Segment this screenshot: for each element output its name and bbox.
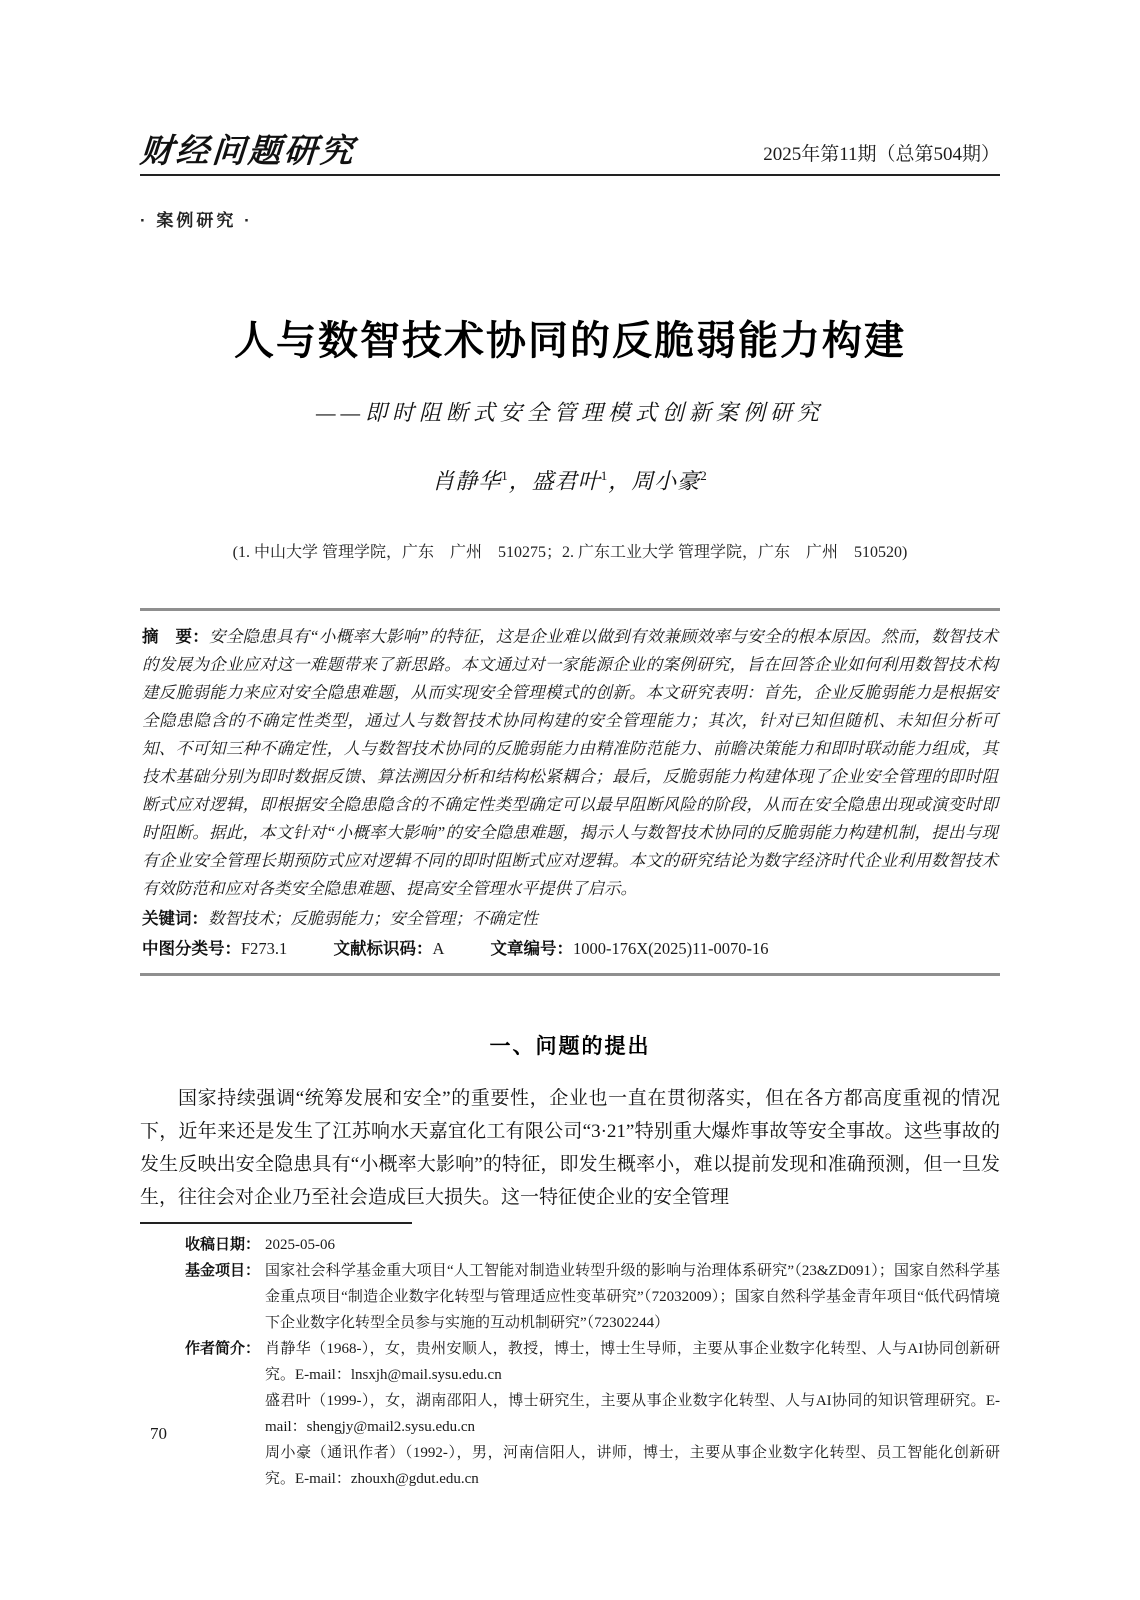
footnote-received-row: 收稿日期： 2025-05-06 [185, 1232, 1000, 1258]
column-label: · 案例研究 · [140, 206, 1000, 231]
received-label: 收稿日期： [185, 1232, 265, 1258]
footnote-bio-row: 作者简介： 肖静华（1968-），女，贵州安顺人，教授，博士，博士生导师，主要从… [185, 1336, 1000, 1492]
bio-entry-1: 肖静华（1968-），女，贵州安顺人，教授，博士，博士生导师，主要从事企业数字化… [265, 1336, 1000, 1388]
received-value: 2025-05-06 [265, 1232, 1000, 1258]
masthead: 财经问题研究 2025年第11期（总第504期） [140, 0, 1000, 176]
doc-code-value: A [432, 939, 444, 958]
authors-line: 肖静华1，盛君叶1，周小豪2 [140, 461, 1000, 496]
bio-entry-3: 周小豪（通讯作者）（1992-），男，河南信阳人，讲师，博士，主要从事企业数字化… [265, 1440, 1000, 1492]
funding-label: 基金项目： [185, 1258, 265, 1284]
author-separator: ， [509, 468, 532, 493]
meta-line: 中图分类号：F273.1 文献标识码：A 文章编号：1000-176X(2025… [142, 935, 998, 963]
section-heading: 一、问题的提出 [140, 1032, 1000, 1062]
footnote-body: 收稿日期： 2025-05-06 基金项目： 国家社会科学基金重大项目“人工智能… [140, 1232, 1000, 1492]
page-number: 70 [150, 1424, 167, 1444]
keywords-label: 关键词： [142, 910, 208, 928]
article-id-item: 文章编号：1000-176X(2025)11-0070-16 [490, 939, 768, 958]
issue-info: 2025年第11期（总第504期） [763, 144, 1000, 167]
abstract-paragraph: 摘 要：安全隐患具有“小概率大影响”的特征，这是企业难以做到有效兼顾效率与安全的… [142, 623, 998, 903]
doc-code-label: 文献标识码： [333, 940, 432, 958]
article-title: 人与数智技术协同的反脆弱能力构建 [140, 317, 1000, 365]
affiliation-line: (1. 中山大学 管理学院，广东 广州 510275；2. 广东工业大学 管理学… [140, 542, 1000, 564]
footnote-divider [140, 1222, 412, 1224]
keywords-line: 关键词：数智技术；反脆弱能力；安全管理；不确定性 [142, 905, 998, 933]
abstract-label: 摘 要： [142, 628, 209, 646]
abstract-text: 安全隐患具有“小概率大影响”的特征，这是企业难以做到有效兼顾效率与安全的根本原因… [142, 627, 998, 898]
article-subtitle: ——即时阻断式安全管理模式创新案例研究 [140, 399, 1000, 427]
footnote-block: 收稿日期： 2025-05-06 基金项目： 国家社会科学基金重大项目“人工智能… [140, 1222, 1000, 1492]
doc-code-item: 文献标识码：A [333, 939, 444, 958]
journal-page: 财经问题研究 2025年第11期（总第504期） · 案例研究 · 人与数智技术… [0, 0, 1140, 1600]
bio-label: 作者简介： [185, 1336, 265, 1362]
footnote-funding-row: 基金项目： 国家社会科学基金重大项目“人工智能对制造业转型升级的影响与治理体系研… [185, 1258, 1000, 1336]
bio-entry-2: 盛君叶（1999-），女，湖南邵阳人，博士研究生，主要从事企业数字化转型、人与A… [265, 1388, 1000, 1440]
clc-label: 中图分类号： [142, 940, 241, 958]
funding-value: 国家社会科学基金重大项目“人工智能对制造业转型升级的影响与治理体系研究”（23&… [265, 1258, 1000, 1336]
author-name-3: 周小豪 [631, 468, 700, 493]
clc-item: 中图分类号：F273.1 [142, 939, 287, 958]
bio-list: 肖静华（1968-），女，贵州安顺人，教授，博士，博士生导师，主要从事企业数字化… [265, 1336, 1000, 1492]
journal-logo: 财经问题研究 [139, 134, 357, 167]
article-id-value: 1000-176X(2025)11-0070-16 [573, 939, 769, 958]
author-name-1: 肖静华 [432, 468, 501, 493]
clc-value: F273.1 [241, 939, 287, 958]
body-paragraph: 国家持续强调“统筹发展和安全”的重要性，企业也一直在贯彻落实，但在各方都高度重视… [140, 1082, 1000, 1214]
author-affil-mark-1: 1 [501, 468, 509, 483]
author-name-2: 盛君叶 [532, 468, 601, 493]
page-content: 财经问题研究 2025年第11期（总第504期） · 案例研究 · 人与数智技术… [0, 0, 1140, 1492]
article-id-label: 文章编号： [490, 940, 573, 958]
author-affil-mark-3: 2 [700, 468, 708, 483]
abstract-block: 摘 要：安全隐患具有“小概率大影响”的特征，这是企业难以做到有效兼顾效率与安全的… [140, 608, 1000, 976]
author-separator: ， [608, 468, 631, 493]
keywords-text: 数智技术；反脆弱能力；安全管理；不确定性 [208, 909, 538, 928]
